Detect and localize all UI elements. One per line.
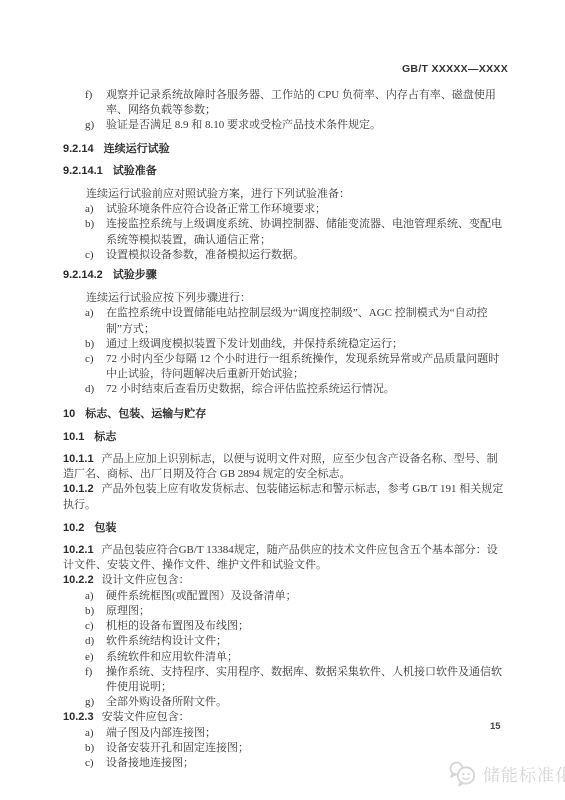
list-letter: d): [85, 634, 94, 649]
paragraph: 连续运行试验前应对照试验方案，进行下列试验准备：: [63, 187, 508, 202]
clause-number: 10.1.2: [63, 483, 94, 495]
page-number: 15: [490, 721, 501, 732]
clause-heading: 10.1标志: [63, 430, 508, 445]
list-item: f)操作系统、支持程序、实用程序、数据库、数据采集软件、人机接口软件及通信软件使…: [63, 665, 508, 695]
clause-title: 试验准备: [113, 165, 157, 177]
clause-title: 包装: [94, 522, 116, 534]
document-page: GB/T XXXXX—XXXX f)观察并记录系统故障时各服务器、工作站的 CP…: [0, 0, 565, 800]
list-letter: c): [85, 619, 94, 634]
list-item: c)机柜的设备布置图及布线图；: [63, 619, 508, 634]
list-letter: a): [85, 589, 94, 604]
list-item-text: 试验环境条件应符合设备正常工作环境要求；: [106, 203, 326, 215]
clause-number: 10.2.3: [63, 711, 94, 723]
list-letter: g): [85, 695, 94, 710]
list-item-text: 验证是否满足 8.9 和 8.10 要求或受检产品技术条件规定。: [106, 119, 381, 131]
numbered-paragraph: 10.2.2设计文件应包含：: [63, 573, 508, 588]
list-letter: b): [85, 337, 94, 352]
list-item-text: 观察并记录系统故障时各服务器、工作站的 CPU 负荷率、内存占有率、磁盘使用率、…: [106, 89, 496, 116]
paragraph-text: 安装文件应包含：: [102, 711, 190, 723]
list-item: f)观察并记录系统故障时各服务器、工作站的 CPU 负荷率、内存占有率、磁盘使用…: [63, 88, 508, 118]
list-letter: b): [85, 604, 94, 619]
list-item-text: 通过上级调度模拟装置下发计划曲线，并保持系统稳定运行；: [106, 338, 403, 350]
list-item-text: 在监控系统中设置储能电站控制层级为“调度控制级”、AGC 控制模式为“自动控制”…: [106, 307, 488, 334]
list-item: d)72 小时结束后查看历史数据，综合评估监控系统运行情况。: [63, 382, 508, 397]
list-item-text: 原理图；: [106, 605, 150, 617]
list-item: d)软件系统结构设计文件；: [63, 634, 508, 649]
numbered-paragraph: 10.2.3安装文件应包含：: [63, 710, 508, 725]
list-item-text: 72 小时结束后查看历史数据，综合评估监控系统运行情况。: [106, 383, 395, 395]
list-item: g)验证是否满足 8.9 和 8.10 要求或受检产品技术条件规定。: [63, 118, 508, 133]
numbered-paragraph: 10.1.2产品外包装上应有收发货标志、包装储运标志和警示标志，参考 GB/T …: [63, 482, 508, 512]
list-item: c)设置模拟设备参数，准备模拟运行数据。: [63, 248, 508, 263]
clause-number: 10.2.2: [63, 574, 94, 586]
paragraph-text: 产品包装应符合GB/T 13384规定，随产品供应的技术文件应包含五个基本部分：…: [63, 544, 498, 571]
list-item-text: 设备接地连接图；: [106, 757, 194, 769]
list-item: c)72 小时内至少每隔 12 个小时进行一组系统操作，发现系统异常或产品质量问…: [63, 352, 508, 382]
clause-number: 10.2.1: [63, 544, 94, 556]
clause-title: 标志、包装、运输与贮存: [85, 408, 206, 420]
list-item-text: 设置模拟设备参数，准备模拟运行数据。: [106, 249, 304, 261]
list-item: b)通过上级调度模拟装置下发计划曲线，并保持系统稳定运行；: [63, 337, 508, 352]
list-item-text: 系统软件和应用软件清单；: [106, 651, 238, 663]
clause-title: 标志: [94, 431, 116, 443]
watermark-label: 储能标准化: [483, 761, 565, 786]
list-letter: c): [85, 352, 94, 367]
paragraph: 连续运行试验应按下列步骤进行：: [63, 291, 508, 306]
list-letter: e): [85, 650, 94, 665]
clause-heading: 9.2.14连续运行试验: [63, 142, 508, 157]
document-body: f)观察并记录系统故障时各服务器、工作站的 CPU 负荷率、内存占有率、磁盘使用…: [63, 88, 508, 771]
list-item-text: 连接监控系统与上级调度系统、协调控制器、储能变流器、电池管理系统、变配电系统等模…: [106, 218, 502, 245]
list-letter: f): [85, 665, 92, 680]
numbered-paragraph: 10.1.1产品上应加上识别标志，以便与说明文件对照，应至少包含产设备名称、型号…: [63, 452, 508, 482]
paragraph-text: 产品上应加上识别标志，以便与说明文件对照，应至少包含产设备名称、型号、制造厂名、…: [63, 453, 498, 480]
list-item-text: 机柜的设备布置图及布线图；: [106, 620, 249, 632]
chapter-heading: 10标志、包装、运输与贮存: [63, 407, 508, 422]
list-item: a)硬件系统框图(或配置图）及设备清单；: [63, 589, 508, 604]
list-letter: f): [85, 88, 92, 103]
clause-number: 10.2: [63, 522, 84, 534]
list-letter: d): [85, 382, 94, 397]
list-item-text: 操作系统、支持程序、实用程序、数据库、数据采集软件、人机接口软件及通信软件使用说…: [106, 666, 502, 693]
list-letter: c): [85, 756, 94, 771]
list-item: a)端子图及内部连接图；: [63, 726, 508, 741]
list-letter: b): [85, 217, 94, 232]
subclause-heading: 9.2.14.1试验准备: [63, 164, 508, 179]
paragraph-text: 产品外包装上应有收发货标志、包装储运标志和警示标志，参考 GB/T 191 相关…: [63, 483, 503, 510]
list-item-text: 软件系统结构设计文件；: [106, 635, 227, 647]
list-letter: b): [85, 741, 94, 756]
clause-number: 10.1.1: [63, 453, 94, 465]
list-letter: a): [85, 726, 94, 741]
clause-number: 9.2.14.1: [63, 165, 103, 177]
clause-heading: 10.2包装: [63, 521, 508, 536]
clause-number: 10: [63, 408, 75, 420]
list-item: a)在监控系统中设置储能电站控制层级为“调度控制级”、AGC 控制模式为“自动控…: [63, 306, 508, 336]
list-item-text: 端子图及内部连接图；: [106, 727, 216, 739]
list-letter: c): [85, 248, 94, 263]
clause-number: 9.2.14: [63, 143, 94, 155]
list-letter: a): [85, 306, 94, 321]
list-item: b)连接监控系统与上级调度系统、协调控制器、储能变流器、电池管理系统、变配电系统…: [63, 217, 508, 247]
clause-title: 连续运行试验: [104, 143, 170, 155]
list-item: e)系统软件和应用软件清单；: [63, 650, 508, 665]
list-item-text: 全部外购设备所附文件。: [106, 696, 227, 708]
list-item: a)试验环境条件应符合设备正常工作环境要求；: [63, 202, 508, 217]
chat-bubbles-icon: [448, 760, 478, 787]
subclause-heading: 9.2.14.2试验步骤: [63, 268, 508, 283]
list-item: b)原理图；: [63, 604, 508, 619]
list-item-text: 72 小时内至少每隔 12 个小时进行一组系统操作，发现系统异常或产品质量问题时…: [106, 353, 499, 380]
list-item: g)全部外购设备所附文件。: [63, 695, 508, 710]
standard-reference-header: GB/T XXXXX—XXXX: [402, 63, 508, 75]
list-item-text: 设备安装开孔和固定连接图；: [106, 742, 249, 754]
watermark: 储能标准化: [448, 760, 565, 787]
clause-number: 9.2.14.2: [63, 269, 103, 281]
numbered-paragraph: 10.2.1产品包装应符合GB/T 13384规定，随产品供应的技术文件应包含五…: [63, 543, 508, 573]
list-letter: a): [85, 202, 94, 217]
clause-number: 10.1: [63, 431, 84, 443]
clause-title: 试验步骤: [113, 269, 157, 281]
paragraph-text: 设计文件应包含：: [102, 574, 190, 586]
list-item-text: 硬件系统框图(或配置图）及设备清单；: [106, 590, 297, 602]
list-item: c)设备接地连接图；: [63, 756, 508, 771]
list-item: b)设备安装开孔和固定连接图；: [63, 741, 508, 756]
list-letter: g): [85, 118, 94, 133]
